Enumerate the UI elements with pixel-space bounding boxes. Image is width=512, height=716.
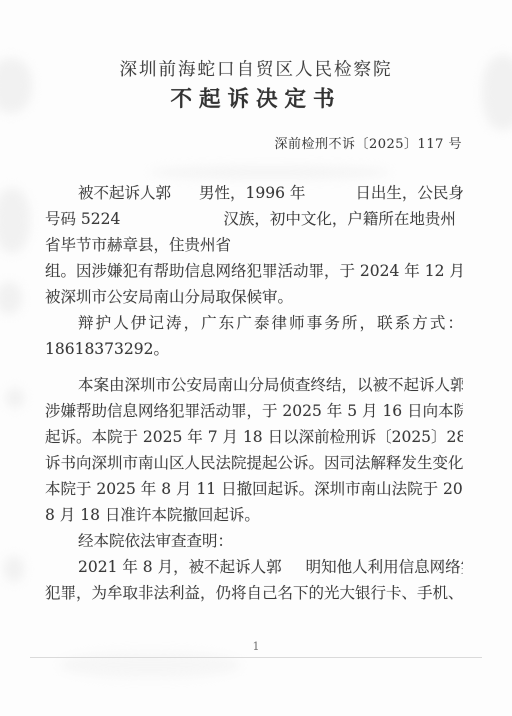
doc-line: 犯罪，为牟取非法利益，仍将自己名下的光大银行卡、手机、手 <box>45 580 463 606</box>
document-page: 深圳前海蛇口自贸区人民检察院 不起诉决定书 深前检刑不诉〔2025〕117 号 … <box>0 0 512 716</box>
redaction-gap <box>171 193 199 195</box>
doc-line: 本院于 2025 年 8 月 11 日撤回起诉。深圳市南山法院于 2025 年 <box>45 476 463 502</box>
redaction-gap <box>282 567 306 569</box>
body-text: 本院于 2025 年 8 月 11 日撤回起诉。深圳市南山法院于 2025 年 <box>45 480 463 498</box>
doc-line: 省毕节市赫章县，住贵州省 <box>45 232 463 258</box>
body-text: 8 月 18 日准许本院撤回起诉。 <box>45 506 260 524</box>
scan-artifact <box>60 652 240 678</box>
document-title: 不起诉决定书 <box>0 82 512 113</box>
doc-line: 起诉。本院于 2025 年 7 月 18 日以深前检刑诉〔2025〕282 号起 <box>45 424 463 450</box>
body-text: 汉族，初中文化，户籍所在地贵州 <box>223 210 456 228</box>
doc-line: 号码 5224汉族，初中文化，户籍所在地贵州 <box>45 206 463 232</box>
doc-line: 经本院依法审查查明： <box>45 528 463 554</box>
page-number: 1 <box>0 640 512 653</box>
doc-line: 本案由深圳市公安局南山分局侦查终结，以被不起诉人郭 <box>45 372 463 398</box>
body-text: 本案由深圳市公安局南山分局侦查终结，以被不起诉人郭 <box>78 376 463 394</box>
body-text: 男性，1996 年 <box>199 184 305 202</box>
redaction-gap <box>305 193 355 195</box>
body-text: 日出生，公民身份 <box>355 184 463 202</box>
doc-line: 辩护人伊记涛，广东广泰律师事务所，联系方式： <box>45 310 463 336</box>
redaction-gap <box>120 219 223 221</box>
document-number: 深前检刑不诉〔2025〕117 号 <box>274 133 462 152</box>
doc-line: 2021 年 8 月，被不起诉人郭明知他人利用信息网络实施 <box>45 554 463 580</box>
body-text: 被不起诉人郭 <box>78 184 171 202</box>
doc-line: 组。因涉嫌犯有帮助信息网络犯罪活动罪，于 2024 年 12 月 6 日 <box>45 258 463 284</box>
doc-line: 18618373292。 <box>45 336 463 362</box>
body-text: 18618373292。 <box>45 340 169 358</box>
body-text: 起诉。本院于 2025 年 7 月 18 日以深前检刑诉〔2025〕282 号起 <box>45 428 463 446</box>
doc-line: 被不起诉人郭男性，1996 年日出生，公民身份 <box>45 180 463 206</box>
scan-artifact <box>0 188 30 253</box>
scan-artifact <box>0 282 22 314</box>
doc-line: 涉嫌帮助信息网络犯罪活动罪，于 2025 年 5 月 16 日向本院移送 <box>45 398 463 424</box>
document-body: 被不起诉人郭男性，1996 年日出生，公民身份 号码 5224汉族，初中文化，户… <box>45 180 463 606</box>
doc-line: 被深圳市公安局南山分局取保候审。 <box>45 284 463 310</box>
body-text: 涉嫌帮助信息网络犯罪活动罪，于 2025 年 5 月 16 日向本院移送 <box>45 402 463 420</box>
court-name: 深圳前海蛇口自贸区人民检察院 <box>0 56 512 81</box>
body-text: 辩护人伊记涛，广东广泰律师事务所，联系方式： <box>78 314 463 332</box>
doc-line: 诉书向深圳市南山区人民法院提起公诉。因司法解释发生变化， <box>45 450 463 476</box>
doc-line: 8 月 18 日准许本院撤回起诉。 <box>45 502 463 528</box>
body-text: 省毕节市赫章县，住贵州省 <box>45 236 231 254</box>
body-text: 明知他人利用信息网络实施 <box>306 558 463 576</box>
body-text: 犯罪，为牟取非法利益，仍将自己名下的光大银行卡、手机、手 <box>45 584 463 602</box>
scan-artifact <box>6 388 24 408</box>
body-text: 2021 年 8 月，被不起诉人郭 <box>78 558 282 576</box>
body-text: 号码 5224 <box>45 210 120 228</box>
scan-artifact <box>4 556 24 582</box>
body-text: 经本院依法审查查明： <box>78 532 233 550</box>
footer-divider <box>30 657 482 658</box>
body-text: 诉书向深圳市南山区人民法院提起公诉。因司法解释发生变化， <box>45 454 463 472</box>
body-text: 组。因涉嫌犯有帮助信息网络犯罪活动罪，于 2024 年 12 月 6 日 <box>45 262 463 280</box>
body-text: 被深圳市公安局南山分局取保候审。 <box>45 288 293 306</box>
scan-artifact <box>150 166 390 179</box>
